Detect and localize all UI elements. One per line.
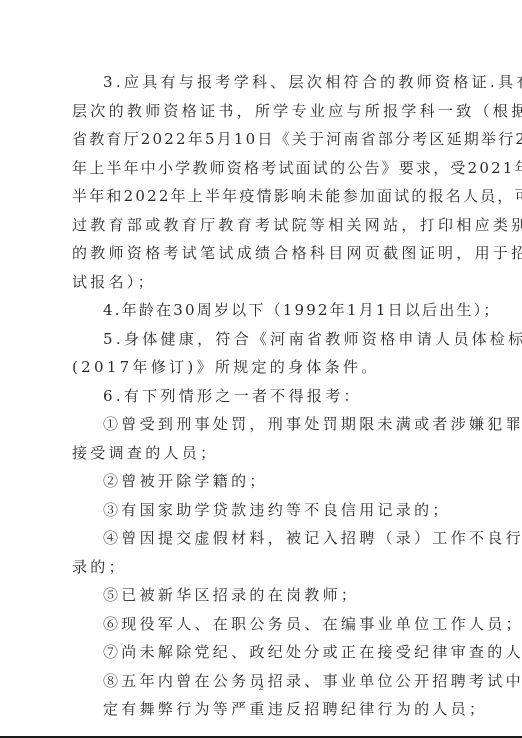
paragraph-line: 4.年龄在30周岁以下（1992年1月1日以后出生）；	[72, 296, 456, 325]
paragraph-line: ⑥现役军人、在职公务员、在编事业单位工作人员；	[72, 610, 456, 639]
paragraph-line: 试报名）；	[72, 268, 456, 297]
paragraph-line: ①曾受到刑事处罚，刑事处罚期限未满或者涉嫌犯罪正在	[72, 410, 456, 439]
paragraph-line: ④曾因提交虚假材料，被记入招聘（录）工作不良行为纪	[72, 524, 456, 553]
paragraph-line: 定有舞弊行为等严重违反招聘纪律行为的人员；	[72, 695, 456, 724]
paragraph-line: 6.有下列情形之一者不得报考：	[72, 382, 456, 411]
paragraph-line: 省教育厅2022年5月10日《关于河南省部分考区延期举行2022	[72, 125, 456, 154]
paragraph-line: 接受调查的人员；	[72, 439, 456, 468]
document-body: 3.应具有与报考学科、层次相符合的教师资格证.具有相应 层次的教师资格证书，所学…	[72, 68, 456, 724]
paragraph-line: 3.应具有与报考学科、层次相符合的教师资格证.具有相应	[72, 68, 456, 97]
paragraph-line: 层次的教师资格证书，所学专业应与所报学科一致（根据河南	[72, 97, 456, 126]
paragraph-line: 年上半年中小学教师资格考试面试的公告》要求，受2021年下	[72, 154, 456, 183]
paragraph-line: 过教育部或教育厅教育考试院等相关网站，打印相应类别要求	[72, 211, 456, 240]
paragraph-line: 5.身体健康，符合《河南省教师资格申请人员体检标准	[72, 325, 456, 354]
paragraph-line: ②曾被开除学籍的；	[72, 467, 456, 496]
paragraph-line: 半年和2022年上半年疫情影响未能参加面试的报名人员，可通	[72, 182, 456, 211]
document-page: 3.应具有与报考学科、层次相符合的教师资格证.具有相应 层次的教师资格证书，所学…	[0, 0, 522, 736]
paragraph-line: ⑦尚未解除党纪、政纪处分或正在接受纪律审查的人员；	[72, 638, 456, 667]
paragraph-line: 的教师资格考试笔试成绩合格科目网页截图证明，用于招教考	[72, 239, 456, 268]
page-number: 2	[0, 683, 522, 692]
paragraph-line: 录的；	[72, 553, 456, 582]
paragraph-line: (2017年修订)》所规定的身体条件。	[72, 353, 456, 382]
paragraph-line: ③有国家助学贷款违约等不良信用记录的；	[72, 496, 456, 525]
paragraph-line: ⑤已被新华区招录的在岗教师；	[72, 581, 456, 610]
